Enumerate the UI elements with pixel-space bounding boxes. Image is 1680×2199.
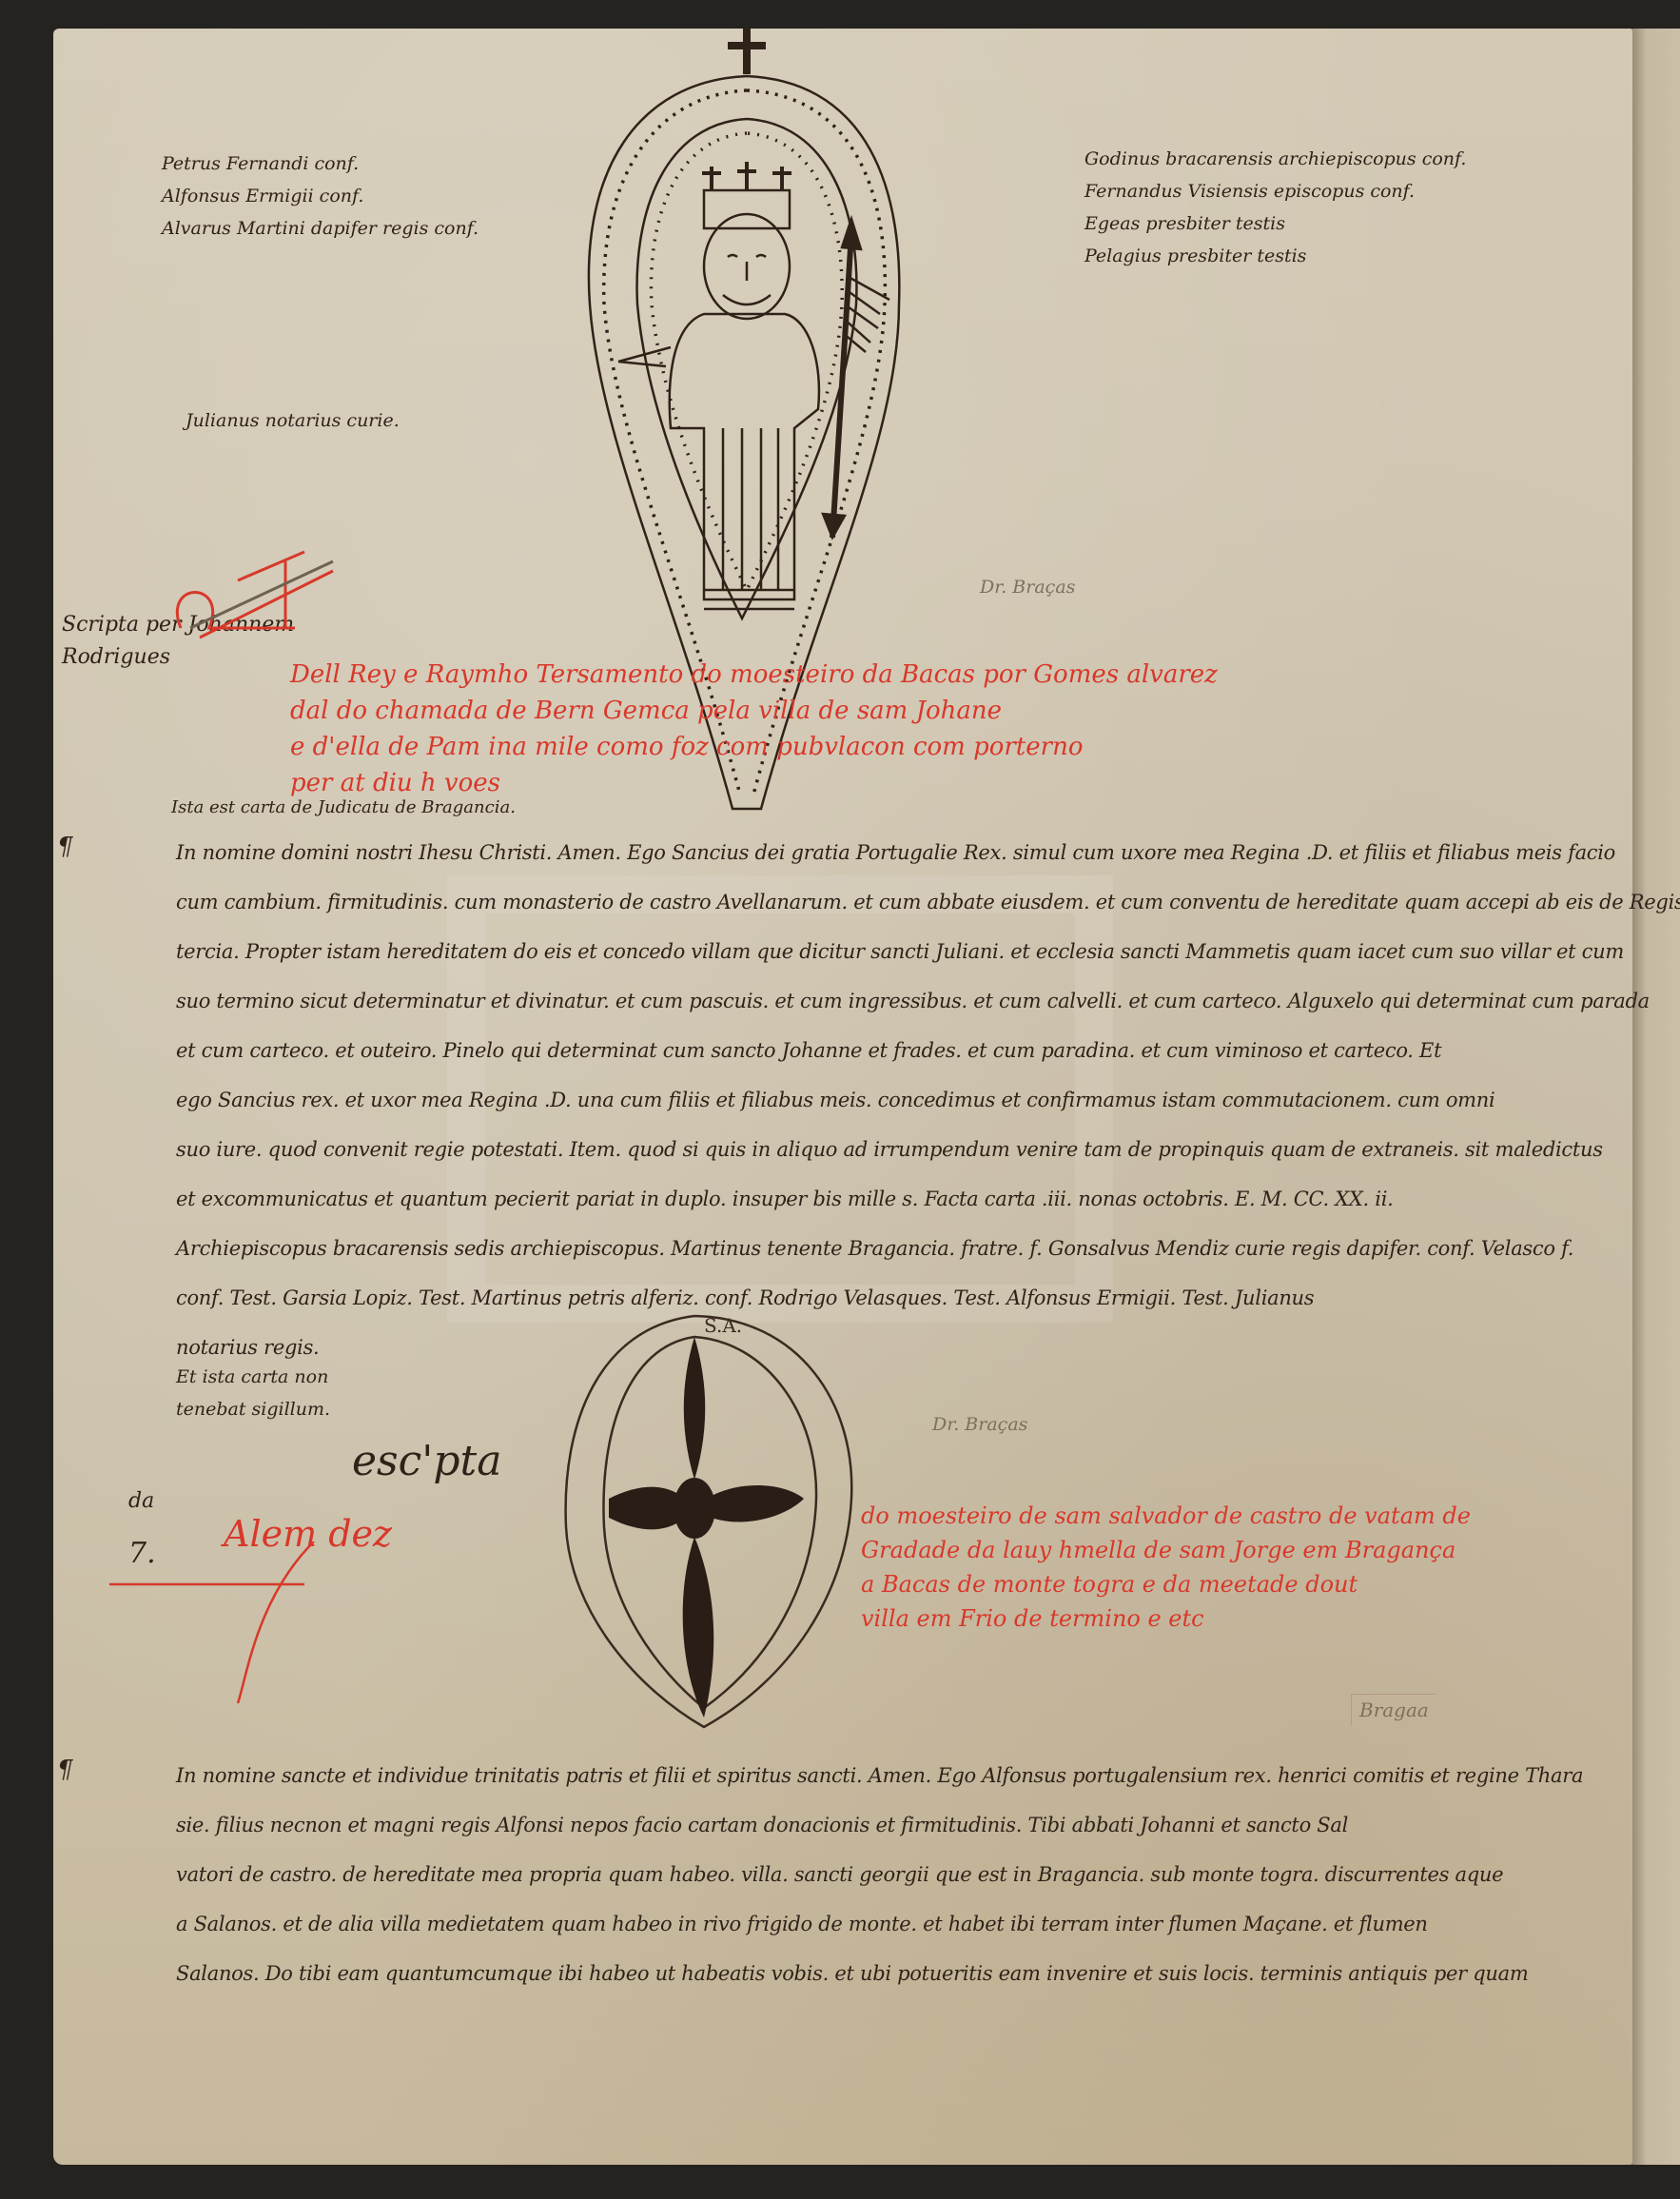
witness-list-left: Petrus Fernandi conf. Alfonsus Ermigii c… — [162, 147, 479, 245]
text-line: sie. filius necnon et magni regis Alfons… — [176, 1800, 1583, 1850]
text-line: suo iure. quod convenit regie potestati.… — [176, 1125, 1680, 1174]
witness-line: Pelagius presbiter testis — [1084, 240, 1466, 272]
escripta-word: esc'pta — [352, 1437, 501, 1485]
rubric-line: dal do chamada de Bern Gemca pela villa … — [290, 693, 1218, 729]
margin-mark-da: da — [128, 1489, 154, 1513]
rubric-line: a Bacas de monte togra e da meetade dout — [861, 1567, 1471, 1601]
witness-line: Egeas presbiter testis — [1084, 207, 1466, 240]
rubric-line: e d'ella de Pam ina mile como foz com pu… — [290, 729, 1218, 765]
text-line: et excommunicatus et quantum pecierit pa… — [176, 1174, 1680, 1224]
notary-line: Julianus notarius curie. — [186, 404, 400, 437]
witness-line: Alfonsus Ermigii conf. — [162, 180, 479, 212]
red-signature-flourish — [105, 1541, 371, 1713]
charter-text-2: In nomine sancte et individue trinitatis… — [176, 1751, 1583, 1998]
text-line: tercia. Propter istam hereditatem do eis… — [176, 927, 1680, 976]
text-line: In nomine domini nostri Ihesu Christi. A… — [176, 828, 1680, 877]
red-rubric-1: Dell Rey e Raymho Tersamento do moesteir… — [290, 657, 1218, 801]
text-line: conf. Test. Garsia Lopiz. Test. Martinus… — [176, 1273, 1680, 1323]
text-line: Archiepiscopus bracarensis sedis archiep… — [176, 1224, 1680, 1273]
cross-seal-drawing: S.A. — [561, 1308, 885, 1737]
text-line: notarius regis. — [176, 1323, 1680, 1372]
annotation-dr-bracas: Dr. Braças — [980, 571, 1075, 603]
rubric-line: per at diu h voes — [290, 765, 1218, 801]
witness-line: Alvarus Martini dapifer regis conf. — [162, 212, 479, 245]
text-line: et cum carteco. et outeiro. Pinelo qui d… — [176, 1026, 1680, 1075]
red-flourish-mark — [143, 542, 352, 676]
text-line: cum cambium. firmitudinis. cum monasteri… — [176, 877, 1680, 927]
witness-list-right: Godinus bracarensis archiepiscopus conf.… — [1084, 143, 1466, 272]
seal-legend: S.A. — [704, 1314, 742, 1337]
text-line: vatori de castro. de hereditate mea prop… — [176, 1850, 1583, 1899]
red-rubric-2: do moesteiro de sam salvador de castro d… — [861, 1499, 1471, 1636]
rubric-heading: Ista est carta de Judicatu de Bragancia. — [171, 797, 516, 817]
paragraph-mark: ¶ — [57, 833, 73, 861]
text-line: suo termino sicut determinatur et divina… — [176, 976, 1680, 1026]
text-line: ego Sancius rex. et uxor mea Regina .D. … — [176, 1075, 1680, 1125]
side-note-line: Et ista carta non — [176, 1361, 330, 1393]
witness-line: Fernandus Visiensis episcopus conf. — [1084, 175, 1466, 207]
witness-line: Godinus bracarensis archiepiscopus conf. — [1084, 143, 1466, 175]
annotation-bragaa: Bragaa — [1351, 1694, 1436, 1725]
side-note: Et ista carta non tenebat sigillum. — [176, 1361, 330, 1425]
rubric-line: Dell Rey e Raymho Tersamento do moesteir… — [290, 657, 1218, 693]
witness-line: Petrus Fernandi conf. — [162, 147, 479, 180]
text-line: In nomine sancte et individue trinitatis… — [176, 1751, 1583, 1800]
rubric-line: do moesteiro de sam salvador de castro d… — [861, 1499, 1471, 1533]
charter-text-1: In nomine domini nostri Ihesu Christi. A… — [176, 828, 1680, 1372]
rubric-line: Gradade da lauy hmella de sam Jorge em B… — [861, 1533, 1471, 1567]
paragraph-mark-2: ¶ — [57, 1756, 73, 1784]
text-line: Salanos. Do tibi eam quantumcumque ibi h… — [176, 1949, 1583, 1998]
text-line: a Salanos. et de alia villa medietatem q… — [176, 1899, 1583, 1949]
rubric-line: villa em Frio de termino e etc — [861, 1601, 1471, 1636]
annotation-dr-bracas-2: Dr. Braças — [932, 1408, 1027, 1441]
side-note-line: tenebat sigillum. — [176, 1393, 330, 1425]
